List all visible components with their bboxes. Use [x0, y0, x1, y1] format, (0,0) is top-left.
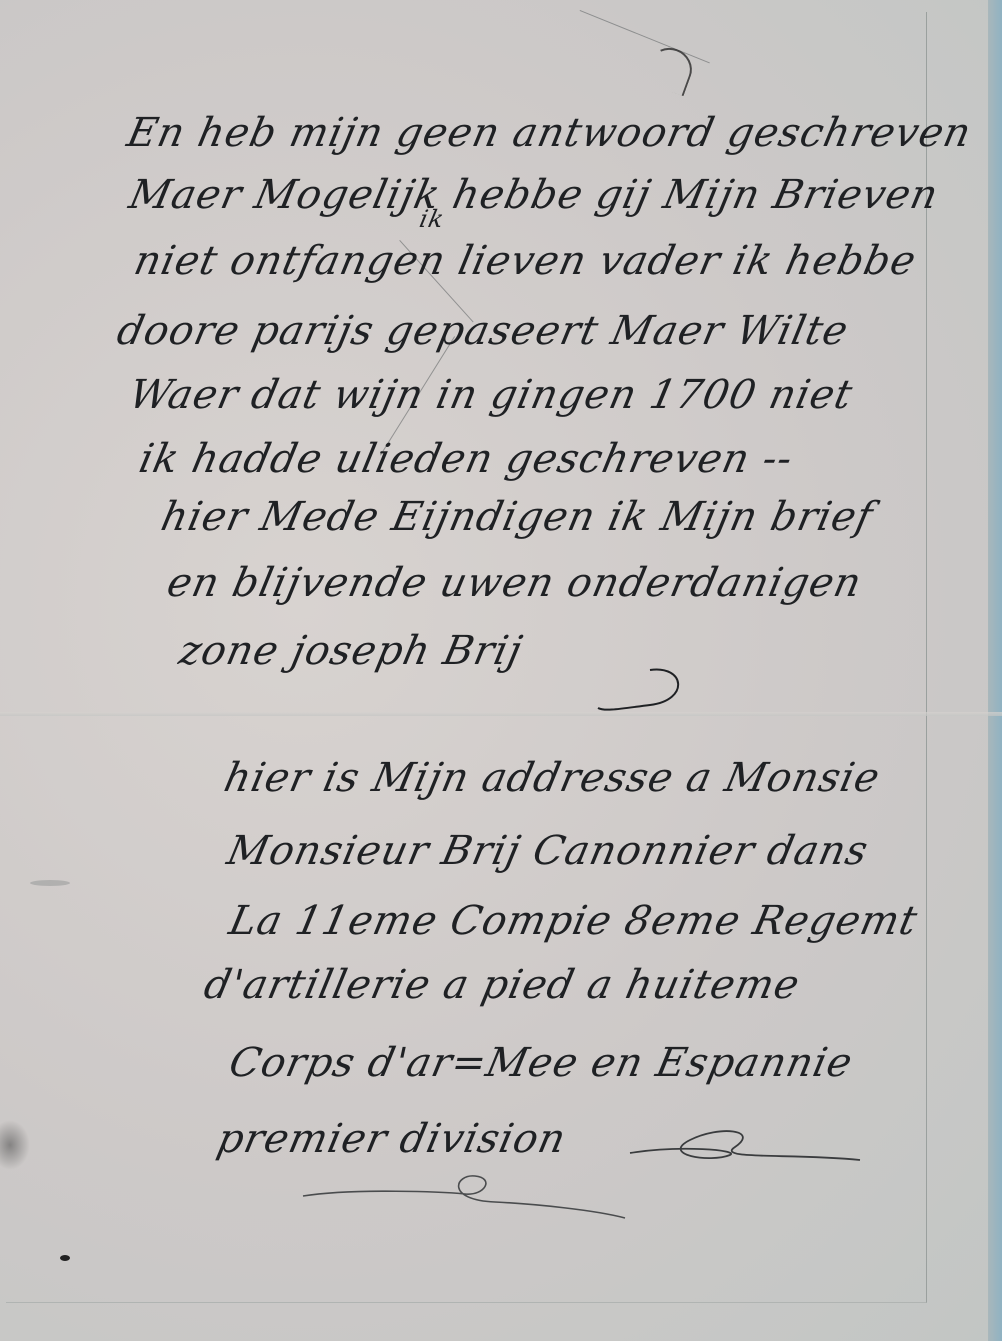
- fold-crease: [0, 712, 1002, 716]
- signature-flourish: [590, 660, 700, 720]
- letter-line: en blijvende uwen onderdanigen: [163, 560, 866, 606]
- letter-line: Waer dat wijn in gingen 1700 niet: [125, 372, 857, 418]
- letter-line: doore parijs gepaseert Maer Wilte: [113, 308, 853, 354]
- address-line: d'artillerie a pied a huiteme: [200, 962, 804, 1008]
- underline-flourish: [295, 1170, 635, 1230]
- ink-spot: [60, 1255, 70, 1261]
- letter-line: En heb mijn geen antwoord geschreven: [123, 110, 976, 156]
- address-line: premier division: [213, 1116, 570, 1162]
- letter-line: ik hadde ulieden geschreven --: [135, 436, 797, 482]
- signature-line: zone joseph Brij: [175, 628, 527, 674]
- address-line: hier is Mijn addresse a Monsie: [220, 755, 884, 801]
- smudge: [30, 880, 70, 886]
- address-line: Corps d'ar=Mee en Espannie: [225, 1040, 857, 1086]
- letter-line: niet ontfangen lieven vader ik hebbe: [130, 238, 921, 284]
- closing-flourish: [620, 1115, 880, 1175]
- background-edge: [988, 0, 1002, 1341]
- address-line: Monsieur Brij Canonnier dans: [223, 828, 872, 874]
- letter-photograph: En heb mijn geen antwoord geschreven Mae…: [0, 0, 1002, 1341]
- letter-line: hier Mede Eijndigen ik Mijn brief: [157, 494, 877, 540]
- address-line: La 11eme Compie 8eme Regemt: [225, 898, 922, 944]
- letter-line: Maer Mogelijk hebbe gij Mijn Brieven: [125, 172, 943, 218]
